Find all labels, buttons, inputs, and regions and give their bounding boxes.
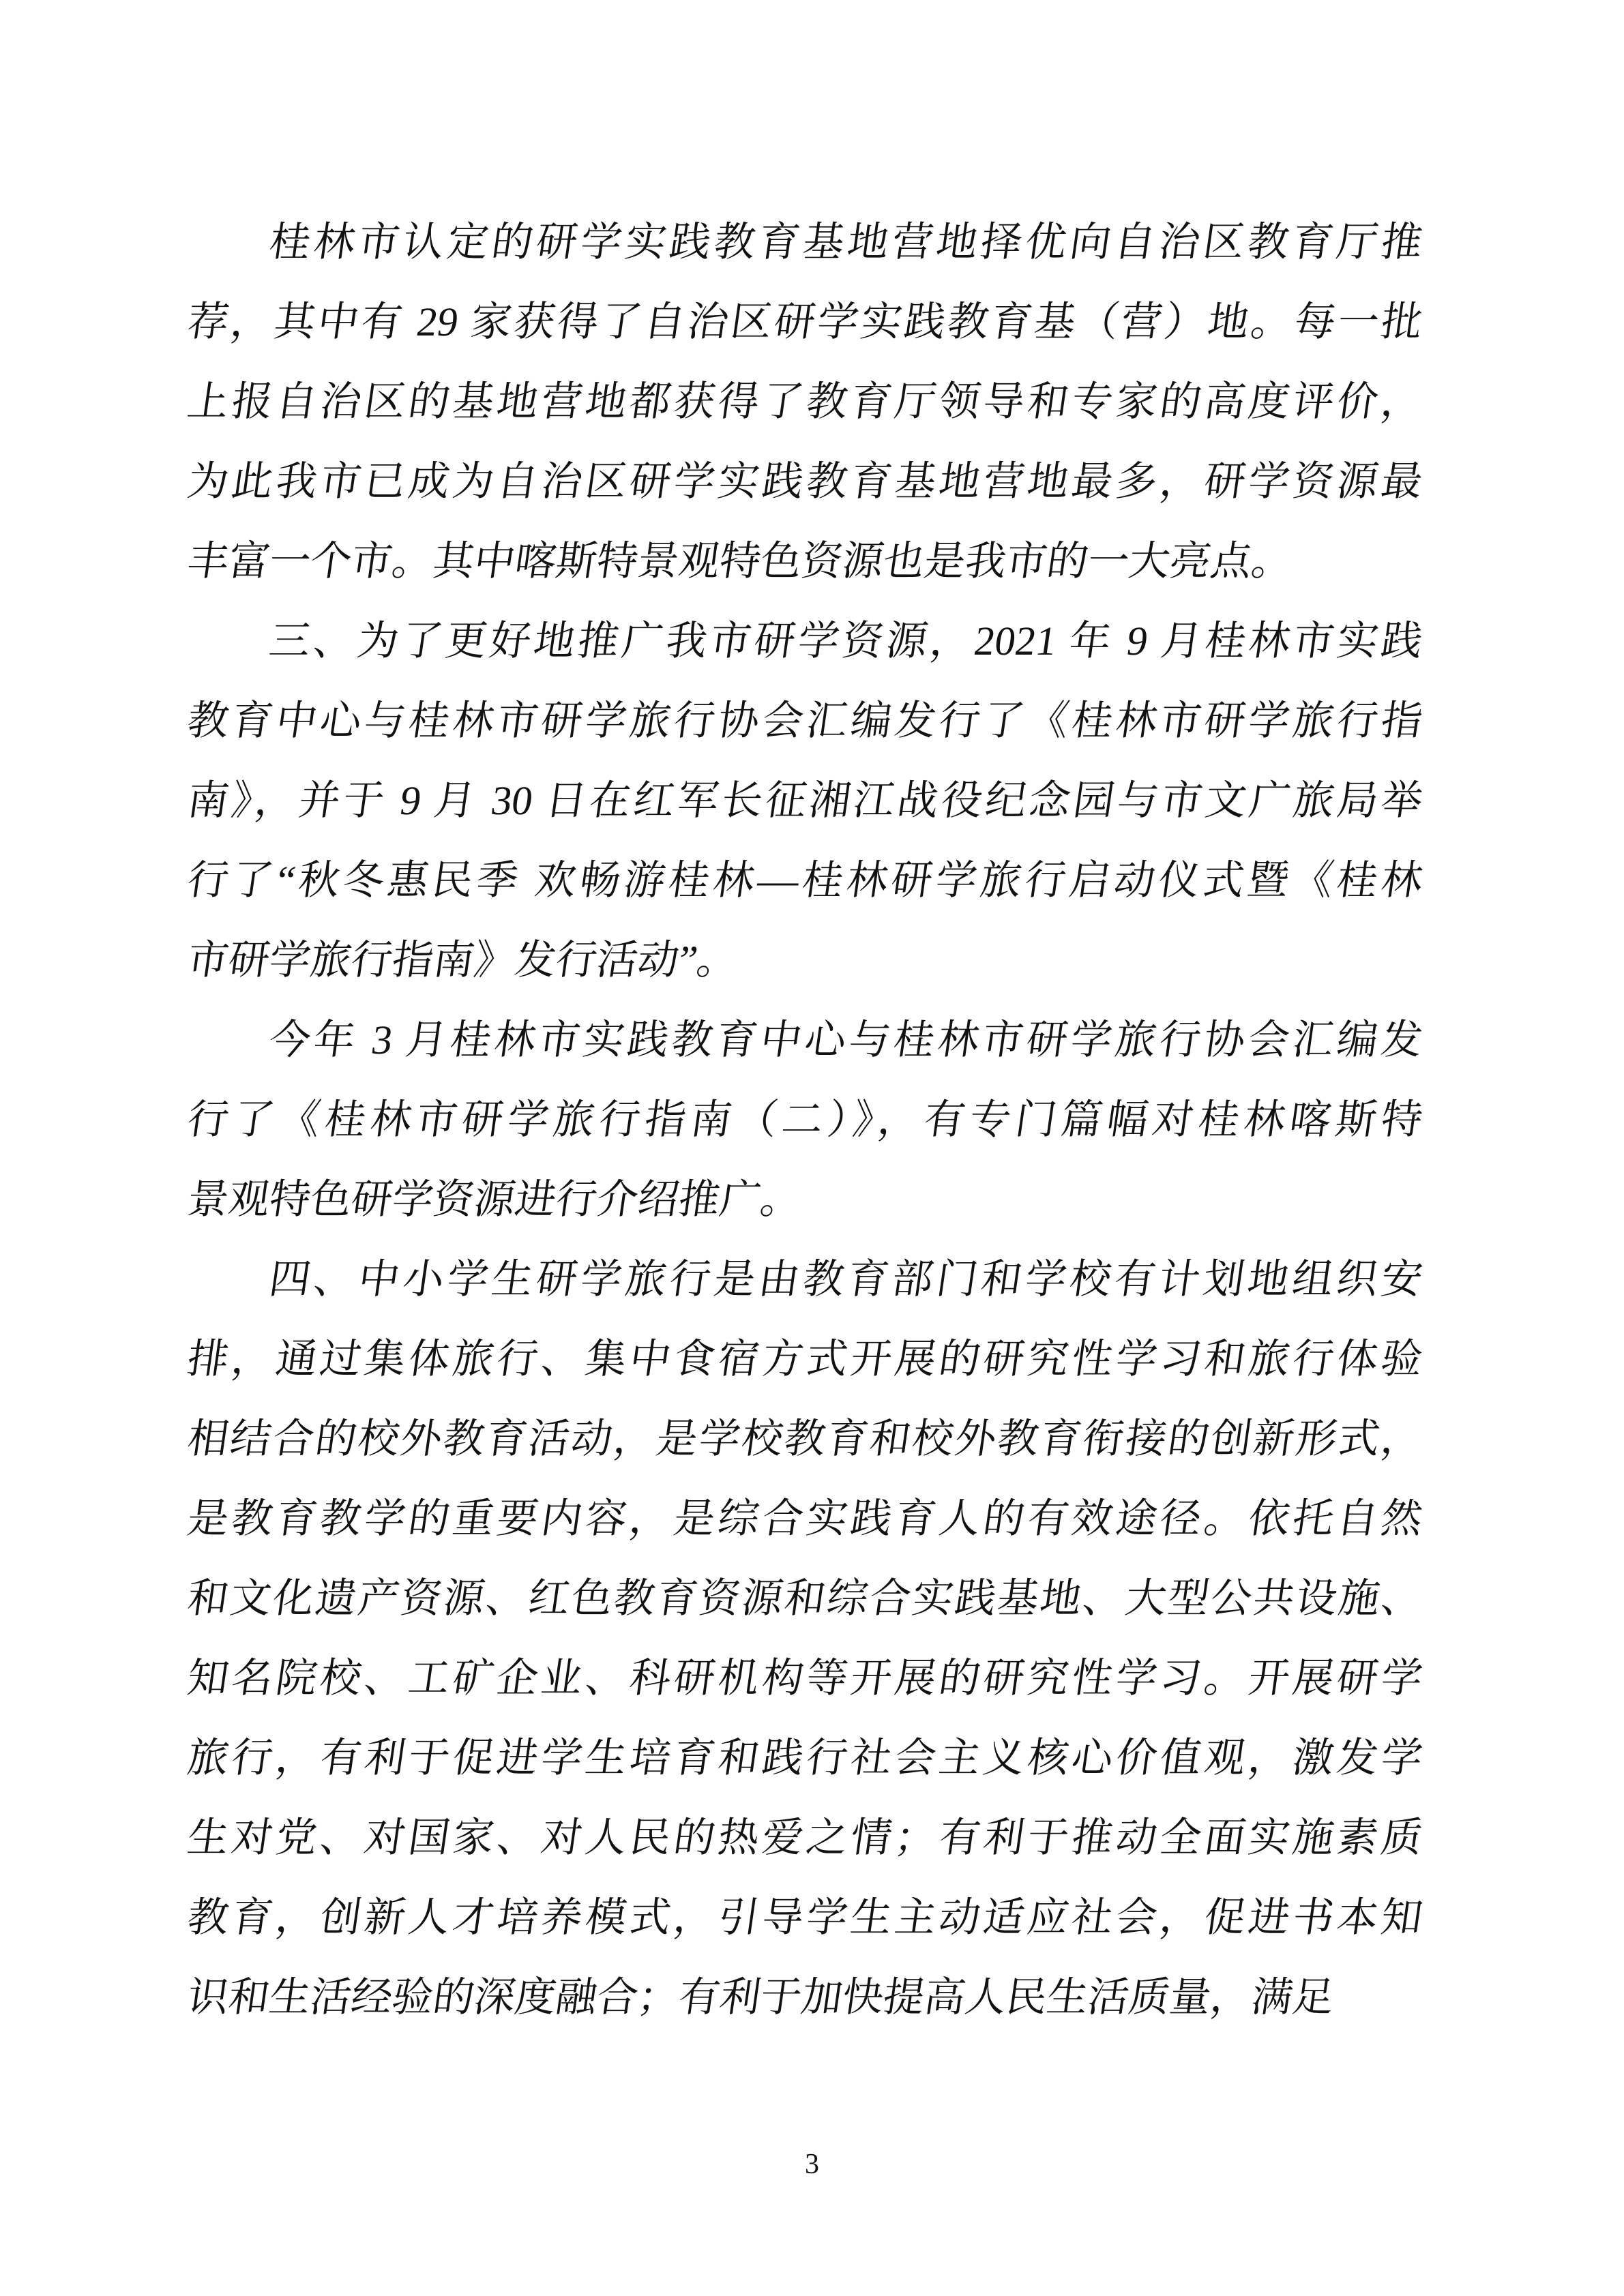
text-line: 四、中小学生研学旅行是由教育部门和学校有计划地组织安 [182, 1240, 1428, 1320]
text-line: 相结合的校外教育活动，是学校教育和校外教育衔接的创新形式， [182, 1399, 1428, 1479]
text-line: 教育，创新人才培养模式，引导学生主动适应社会，促进书本知 [182, 1878, 1428, 1958]
text-line: 南》，并于 9 月 30 日在红军长征湘江战役纪念园与市文广旅局举 [182, 761, 1428, 841]
text-line: 行了《桂林市研学旅行指南（二）》，有专门篇幅对桂林喀斯特 [182, 1080, 1428, 1160]
text-line: 今年 3 月桂林市实践教育中心与桂林市研学旅行协会汇编发 [182, 1000, 1428, 1080]
text-line: 桂林市认定的研学实践教育基地营地择优向自治区教育厅推 [182, 203, 1428, 282]
text-line: 识和生活经验的深度融合；有利于加快提高人民生活质量，满足 [182, 1958, 1428, 2038]
text-line: 是教育教学的重要内容，是综合实践育人的有效途径。依托自然 [182, 1479, 1428, 1559]
text-line: 旅行，有利于促进学生培育和践行社会主义核心价值观，激发学 [182, 1718, 1428, 1798]
text-line: 上报自治区的基地营地都获得了教育厅领导和专家的高度评价， [182, 362, 1428, 442]
text-line: 教育中心与桂林市研学旅行协会汇编发行了《桂林市研学旅行指 [182, 681, 1428, 761]
text-line: 生对党、对国家、对人民的热爱之情；有利于推动全面实施素质 [182, 1798, 1428, 1878]
text-line: 为此我市已成为自治区研学实践教育基地营地最多，研学资源最 [182, 442, 1428, 522]
text-line: 丰富一个市。其中喀斯特景观特色资源也是我市的一大亮点。 [182, 522, 1428, 601]
text-line: 景观特色研学资源进行介绍推广。 [182, 1160, 1428, 1240]
text-line: 市研学旅行指南》发行活动”。 [182, 921, 1428, 1000]
text-line: 知名院校、工矿企业、科研机构等开展的研究性学习。开展研学 [182, 1639, 1428, 1718]
document-page: 桂林市认定的研学实践教育基地营地择优向自治区教育厅推 荐，其中有 29 家获得了… [0, 0, 1624, 2296]
text-line: 三、为了更好地推广我市研学资源，2021 年 9 月桂林市实践 [182, 601, 1428, 681]
page-number: 3 [0, 2148, 1624, 2181]
text-line: 行了“秋冬惠民季 欢畅游桂林—桂林研学旅行启动仪式暨《桂林 [182, 841, 1428, 921]
text-line: 和文化遗产资源、红色教育资源和综合实践基地、大型公共设施、 [182, 1559, 1428, 1639]
text-line: 排，通过集体旅行、集中食宿方式开展的研究性学习和旅行体验 [182, 1320, 1428, 1399]
document-body: 桂林市认定的研学实践教育基地营地择优向自治区教育厅推 荐，其中有 29 家获得了… [182, 203, 1417, 2038]
text-line: 荐，其中有 29 家获得了自治区研学实践教育基（营）地。每一批 [182, 282, 1428, 362]
